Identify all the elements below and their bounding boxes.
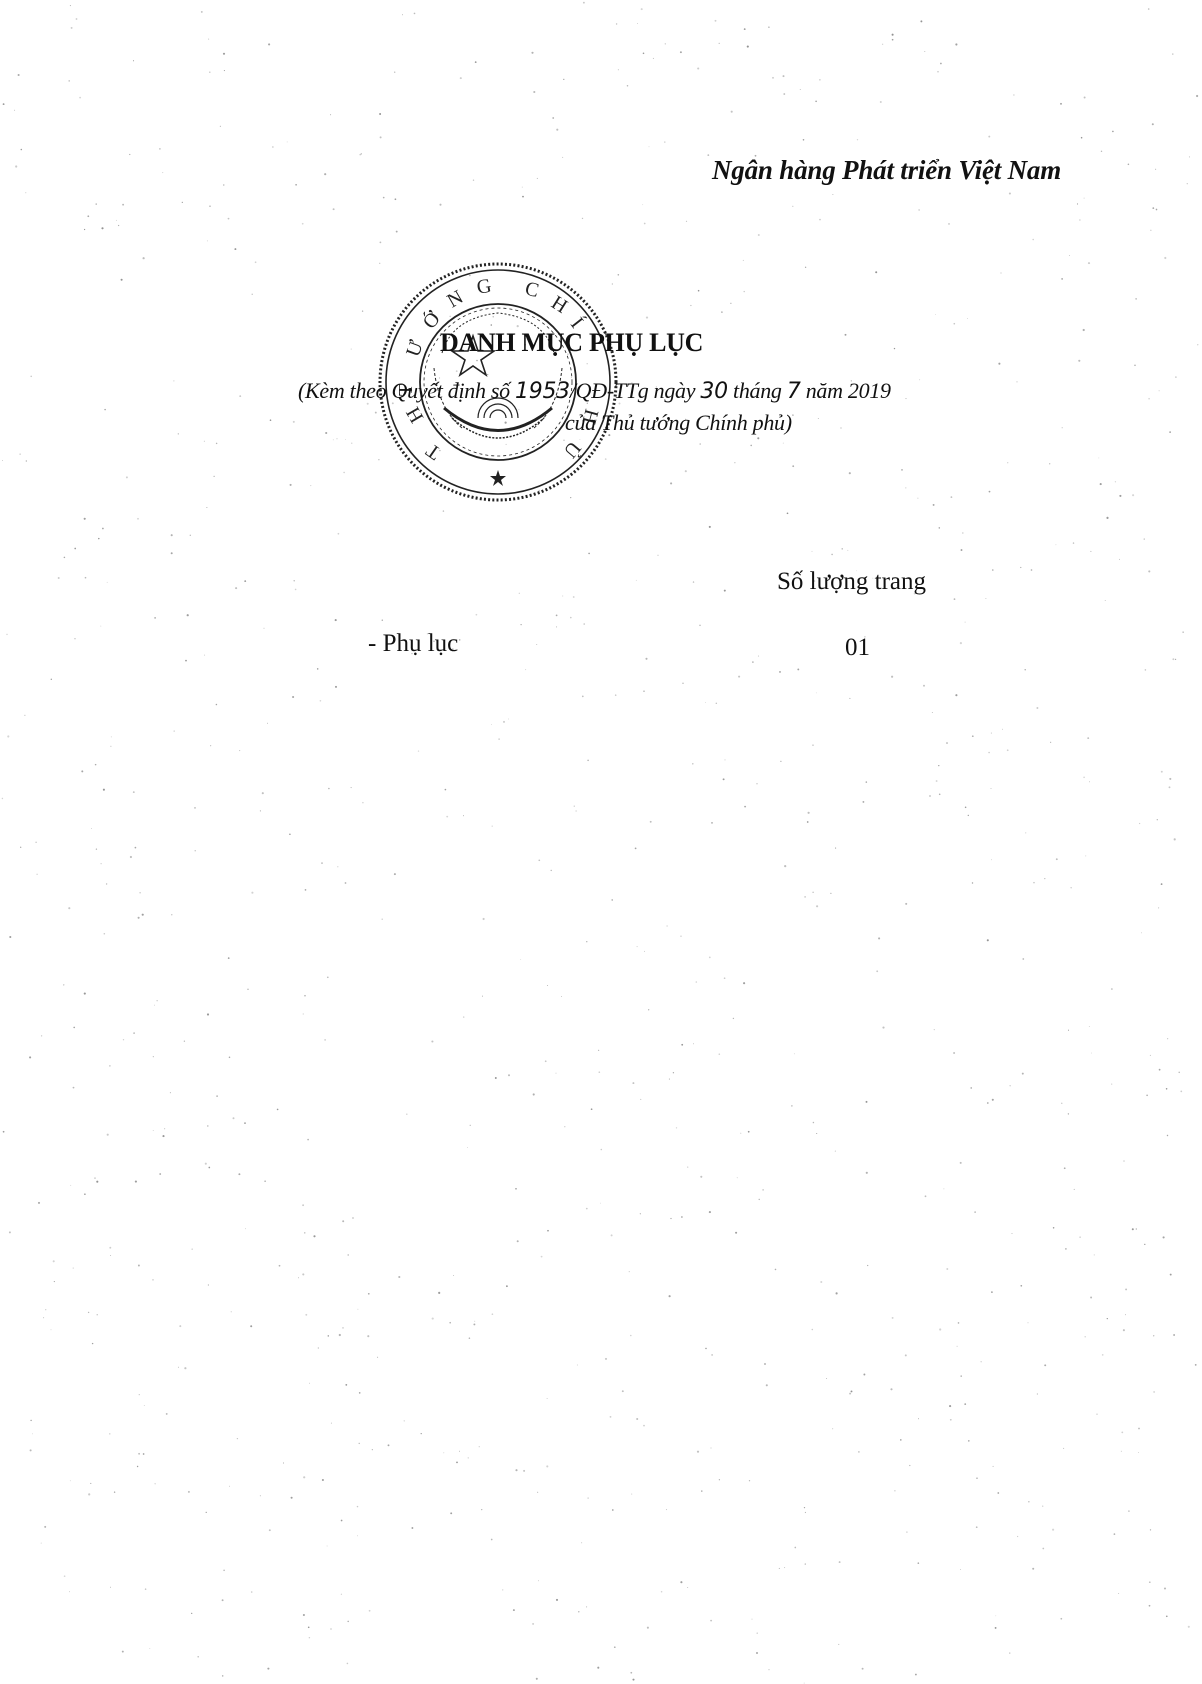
decision-month: 7 xyxy=(787,379,801,404)
year-label: năm 2019 xyxy=(801,378,891,403)
svg-text:C: C xyxy=(523,278,541,303)
document-subtitle-line1: (Kèm theo Quyết định số 1953/QĐ-TTg ngày… xyxy=(298,378,891,404)
svg-text:Ủ: Ủ xyxy=(559,437,586,463)
document-page: Ngân hàng Phát triển Việt Nam T Ư Ớ N G … xyxy=(0,0,1202,1684)
appendix-item-label: - Phụ lục xyxy=(368,630,458,658)
subtitle-middle: /QĐ-TTg ngày xyxy=(570,378,701,403)
month-label: tháng xyxy=(728,378,787,403)
scan-noise xyxy=(0,0,1202,1684)
document-title: DANH MỤC PHỤ LỤC xyxy=(440,328,703,358)
page-count-header: Số lượng trang xyxy=(777,568,926,596)
document-subtitle-line2: của Thủ tướng Chính phủ) xyxy=(565,410,792,436)
subtitle-prefix: (Kèm theo Quyết định số xyxy=(298,378,515,403)
svg-text:H: H xyxy=(547,292,571,318)
svg-text:G: G xyxy=(475,275,493,299)
appendix-item-pages: 01 xyxy=(845,634,870,662)
decision-day: 30 xyxy=(700,379,727,404)
svg-text:N: N xyxy=(444,286,468,312)
decision-number: 1953 xyxy=(515,379,570,404)
svg-text:T: T xyxy=(422,439,445,464)
organization-name: Ngân hàng Phát triển Việt Nam xyxy=(712,155,1061,186)
